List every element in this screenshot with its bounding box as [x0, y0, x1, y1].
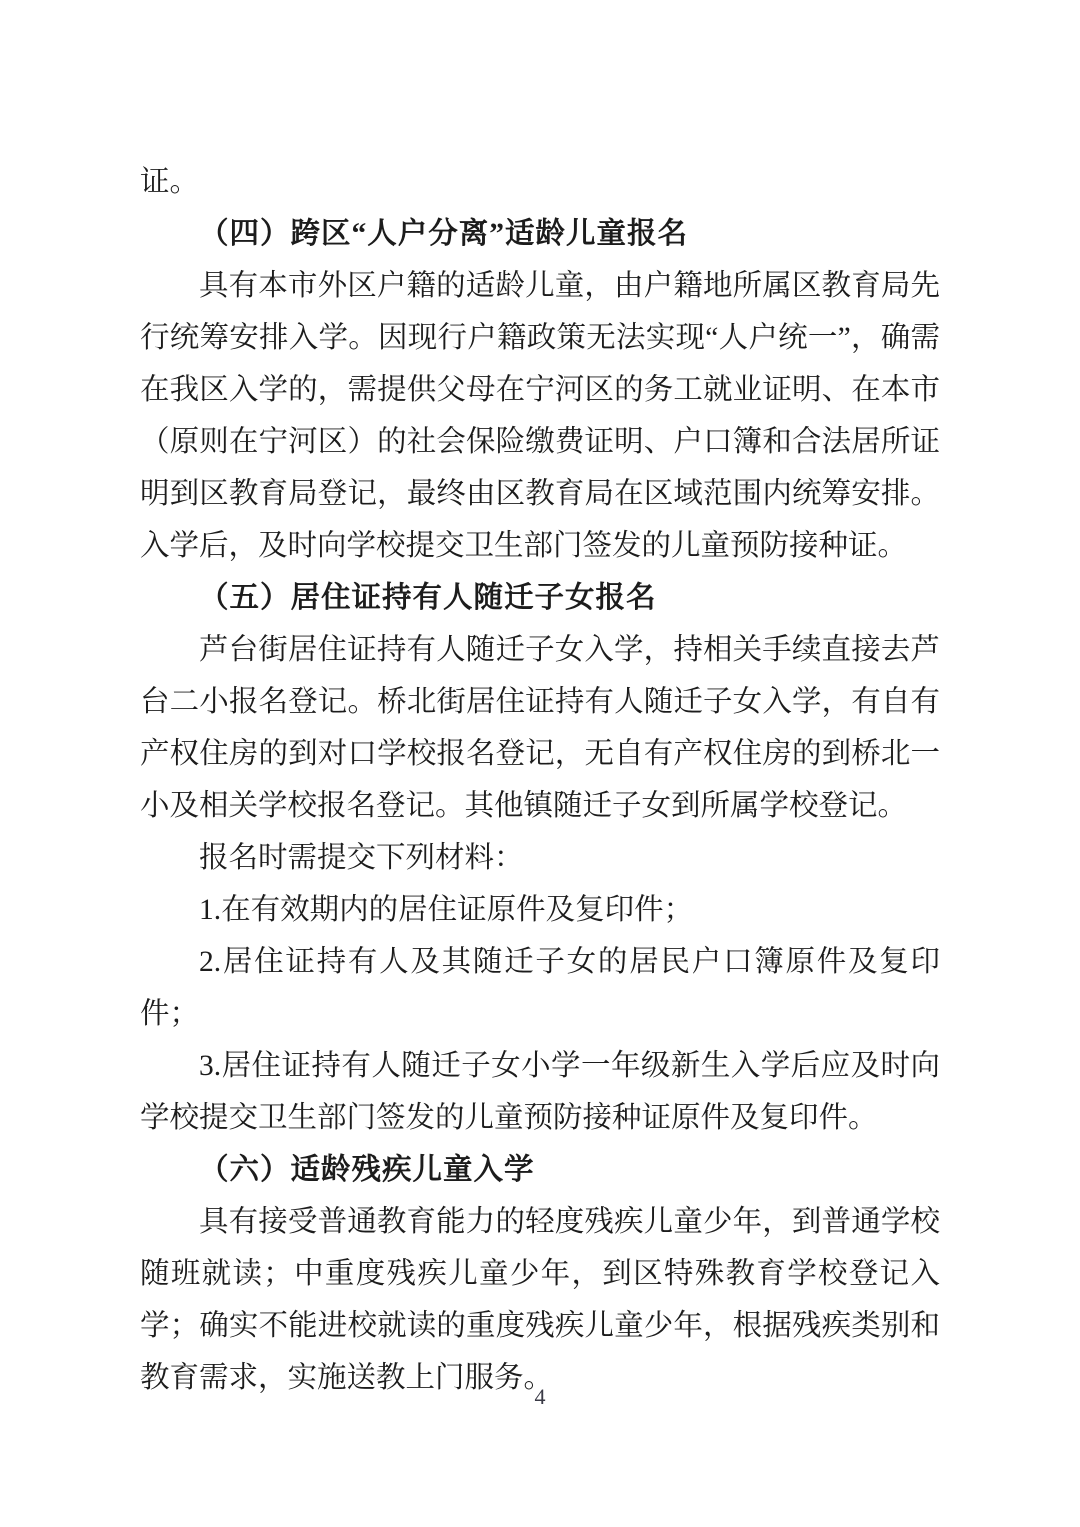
paragraph-disabled-children-enrollment: 具有接受普通教育能力的轻度残疾儿童少年，到普通学校随班就读；中重度残疾儿童少年，… — [140, 1196, 940, 1404]
heading-section-four: （四）跨区“人户分离”适龄儿童报名 — [140, 208, 940, 260]
heading-section-five: （五）居住证持有人随迁子女报名 — [140, 572, 940, 624]
page-number: 4 — [535, 1384, 546, 1409]
paragraph-continuation: 证。 — [140, 156, 940, 208]
heading-section-six: （六）适龄残疾儿童入学 — [140, 1144, 940, 1196]
document-body: 证。 （四）跨区“人户分离”适龄儿童报名 具有本市外区户籍的适龄儿童，由户籍地所… — [140, 156, 940, 1404]
paragraph-cross-district-enrollment: 具有本市外区户籍的适龄儿童，由户籍地所属区教育局先行统筹安排入学。因现行户籍政策… — [140, 260, 940, 572]
paragraph-materials-intro: 报名时需提交下列材料： — [140, 832, 940, 884]
page-footer: 4 — [0, 1382, 1080, 1412]
list-item-3: 3.居住证持有人随迁子女小学一年级新生入学后应及时向学校提交卫生部门签发的儿童预… — [140, 1040, 940, 1144]
paragraph-residence-permit-enrollment: 芦台街居住证持有人随迁子女入学，持相关手续直接去芦台二小报名登记。桥北街居住证持… — [140, 624, 940, 832]
list-item-2: 2.居住证持有人及其随迁子女的居民户口簿原件及复印件； — [140, 936, 940, 1040]
document-page: 证。 （四）跨区“人户分离”适龄儿童报名 具有本市外区户籍的适龄儿童，由户籍地所… — [0, 0, 1080, 1527]
list-item-1: 1.在有效期内的居住证原件及复印件； — [140, 884, 940, 936]
